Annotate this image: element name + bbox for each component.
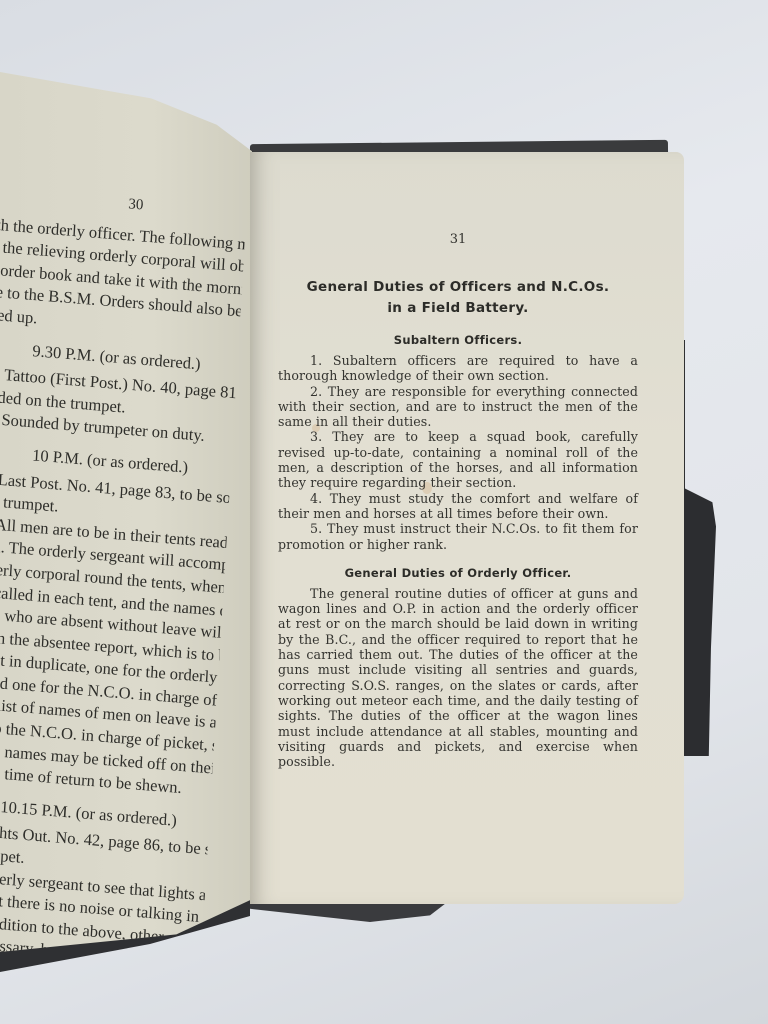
chapter-title-line-1: General Duties of Officers and N.C.Os. xyxy=(307,279,610,295)
right-page: 31 General Duties of Officers and N.C.Os… xyxy=(250,152,684,904)
right-page-content: 31 General Duties of Officers and N.C.Os… xyxy=(278,232,638,769)
numbered-paragraph: 4. They must study the comfort and welfa… xyxy=(278,491,638,522)
chapter-title-line-2: in a Field Battery. xyxy=(387,300,528,316)
numbered-paragraph: 1. Subaltern officers are required to ha… xyxy=(278,353,638,384)
page-number: 31 xyxy=(278,232,638,247)
left-page: 30 vith the orderly officer. The followi… xyxy=(0,72,252,952)
numbered-paragraph: 5. They must instruct their N.C.Os. to f… xyxy=(278,521,638,552)
numbered-paragraph: 2. They are responsible for everything c… xyxy=(278,384,638,430)
numbered-paragraph: 3. They are to keep a squad book, carefu… xyxy=(278,429,638,490)
section-heading: Subaltern Officers. xyxy=(278,333,638,347)
chapter-title: General Duties of Officers and N.C.Os. i… xyxy=(278,277,638,319)
left-page-text: 30 vith the orderly officer. The followi… xyxy=(0,182,247,997)
section-heading: General Duties of Orderly Officer. xyxy=(278,566,638,580)
body-paragraph: The general routine duties of officer at… xyxy=(278,586,638,770)
book-cover-torn-flap xyxy=(680,486,716,756)
